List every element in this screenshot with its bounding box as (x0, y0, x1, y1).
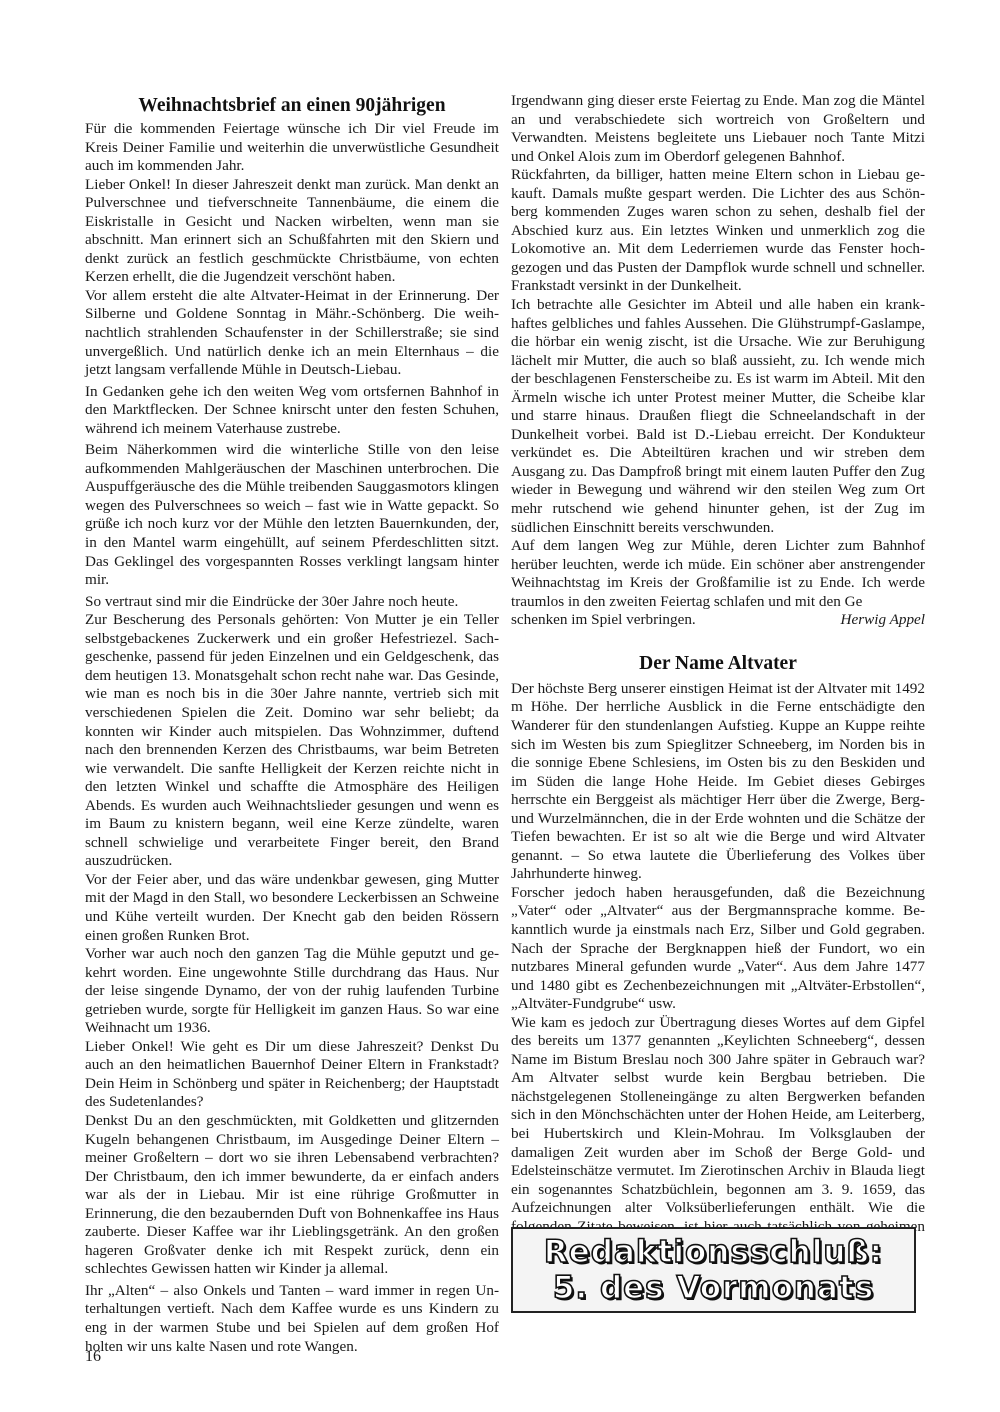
notice-line-2: 5. des Vormonats (553, 1270, 874, 1306)
paragraph: Beim Näherkommen wird die winterliche St… (85, 441, 499, 589)
paragraph: Denkst Du an den geschmückten, mit Goldk… (85, 1112, 499, 1279)
closing-text: schenken im Spiel verbringen. (511, 611, 696, 630)
article-title-altvater: Der Name Altvater (511, 652, 925, 676)
paragraph: Rückfahrten, da billiger, hatten meine E… (511, 166, 925, 296)
paragraph: Ich betrachte alle Gesichter im Abteil u… (511, 296, 925, 537)
paragraph: Lieber Onkel! Wie geht es Dir um diese J… (85, 1038, 499, 1112)
author-signature: Herwig Appel (840, 611, 925, 630)
page-number: 16 (85, 1348, 101, 1366)
paragraph: Zur Bescherung des Personals gehörten: V… (85, 611, 499, 871)
paragraph: In Gedanken gehe ich den weiten Weg vom … (85, 383, 499, 439)
paragraph: Für die kommenden Feiertage wünsche ich … (85, 120, 499, 176)
paragraph: Lieber Onkel! In dieser Jahreszeit denkt… (85, 176, 499, 287)
paragraph: So vertraut sind mir die Eindrücke der 3… (85, 593, 499, 612)
left-column: Weihnachtsbrief an einen 90jährigen Für … (85, 94, 499, 1356)
signature-line: schenken im Spiel verbringen. Herwig App… (511, 611, 925, 630)
article-title-weihnachtsbrief: Weihnachtsbrief an einen 90jährigen (85, 94, 499, 118)
paragraph: Vorher war auch noch den ganzen Tag die … (85, 945, 499, 1038)
paragraph: Wie kam es jedoch zur Übertragung dieses… (511, 1014, 925, 1255)
paragraph: Vor allem ersteht die alte Altvater-Heim… (85, 287, 499, 380)
paragraph: Ihr „Alten“ – also Onkels und Tanten – w… (85, 1282, 499, 1356)
right-column: Irgendwann ging dieser erste Feiertag zu… (511, 92, 925, 1255)
paragraph: Forscher jedoch haben herausgefunden, da… (511, 884, 925, 1014)
notice-line-1: Redaktionsschluß: (544, 1234, 883, 1270)
paragraph: Der höchste Berg unserer einstigen Heima… (511, 680, 925, 884)
editorial-deadline-box: Redaktionsschluß: 5. des Vormonats (511, 1227, 916, 1313)
paragraph: Irgendwann ging dieser erste Feiertag zu… (511, 92, 925, 166)
paragraph: Auf dem langen Weg zur Mühle, deren Lich… (511, 537, 925, 611)
paragraph: Vor der Feier aber, und das wäre undenkb… (85, 871, 499, 945)
